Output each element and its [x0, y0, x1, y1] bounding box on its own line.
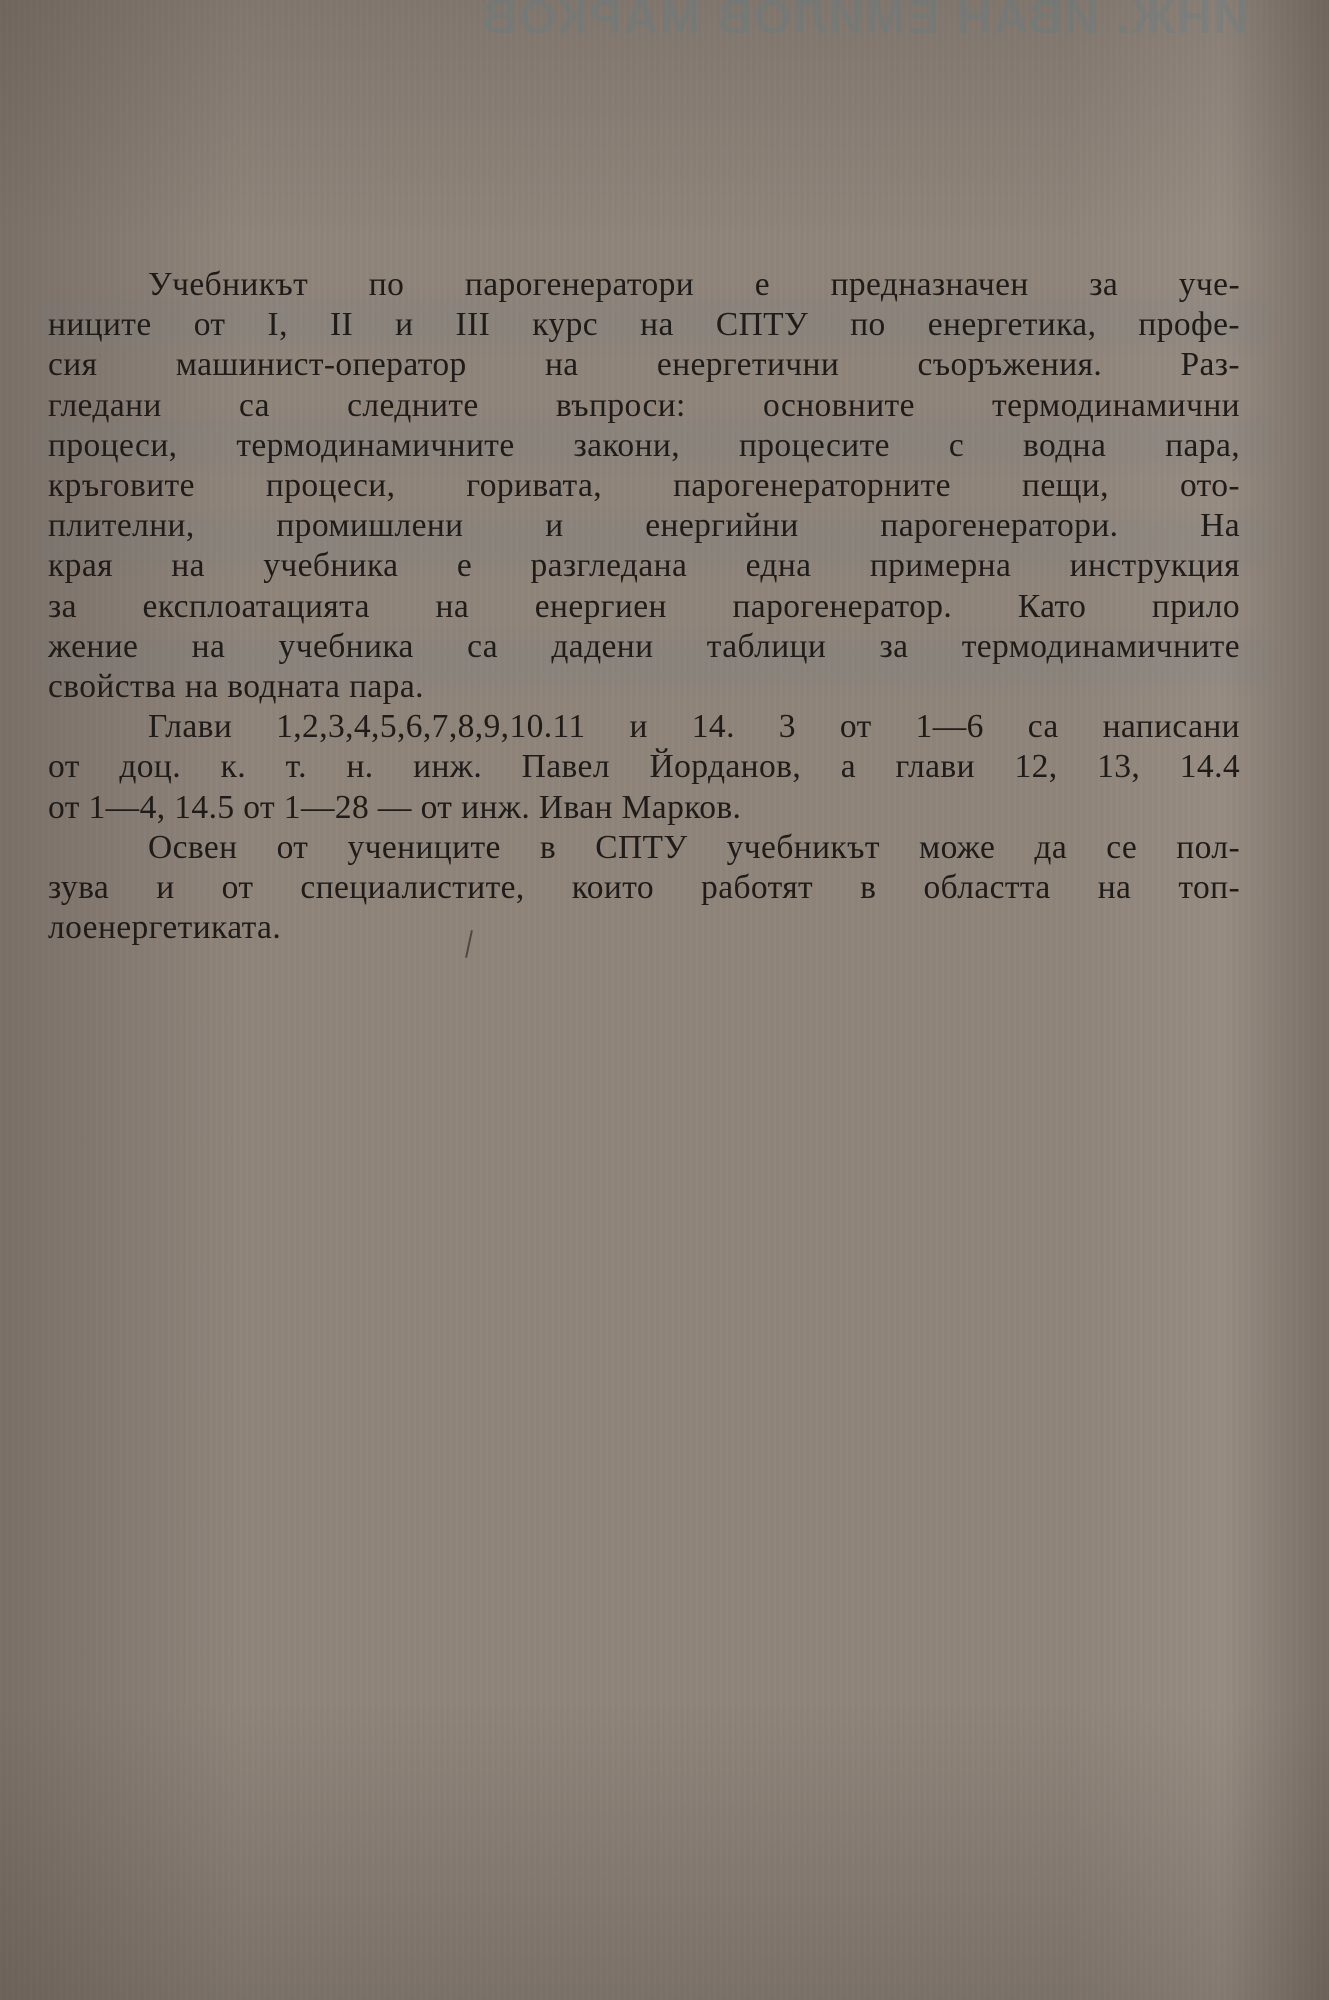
- text-line: от 1—4, 14.5 от 1—28 — от инж. Иван Марк…: [48, 788, 1240, 828]
- text-line: плителни, промишлени и енергийни пароген…: [48, 506, 1240, 546]
- text-line: Учебникът по парогенератори е предназнач…: [48, 265, 1240, 305]
- text-line: лоенергетиката.: [48, 908, 1240, 948]
- text-line: Освен от учениците в СПТУ учебникът може…: [48, 828, 1240, 868]
- text-line: Глави 1,2,3,4,5,6,7,8,9,10.11 и 14. 3 от…: [48, 707, 1240, 747]
- book-page: ИНЖ. ИВАН ЕМИЛОВ МАРКОВ Учебникът по пар…: [0, 0, 1329, 2000]
- text-line: зува и от специалистите, които работят в…: [48, 868, 1240, 908]
- bleed-through-text: ИНЖ. ИВАН ЕМИЛОВ МАРКОВ: [480, 0, 1248, 45]
- paragraph-audience: Освен от учениците в СПТУ учебникът може…: [48, 828, 1240, 949]
- body-text: Учебникът по парогенератори е предназнач…: [48, 265, 1240, 948]
- text-line: жение на учебника са дадени таблици за т…: [48, 627, 1240, 667]
- text-line: сия машинист-оператор на енергетични съо…: [48, 345, 1240, 385]
- paragraph-description: Учебникът по парогенератори е предназнач…: [48, 265, 1240, 707]
- text-line: кръговите процеси, горивата, парогенерат…: [48, 466, 1240, 506]
- text-line: за експлоатацията на енергиен парогенера…: [48, 587, 1240, 627]
- text-line: гледани са следните въпроси: основните т…: [48, 386, 1240, 426]
- text-line: свойства на водната пара.: [48, 667, 1240, 707]
- paragraph-authors: Глави 1,2,3,4,5,6,7,8,9,10.11 и 14. 3 от…: [48, 707, 1240, 828]
- text-line: от доц. к. т. н. инж. Павел Йорданов, а …: [48, 747, 1240, 787]
- text-line: края на учебника е разгледана една приме…: [48, 546, 1240, 586]
- text-line: процеси, термодинамичните закони, процес…: [48, 426, 1240, 466]
- text-line: ниците от I, II и III курс на СПТУ по ен…: [48, 305, 1240, 345]
